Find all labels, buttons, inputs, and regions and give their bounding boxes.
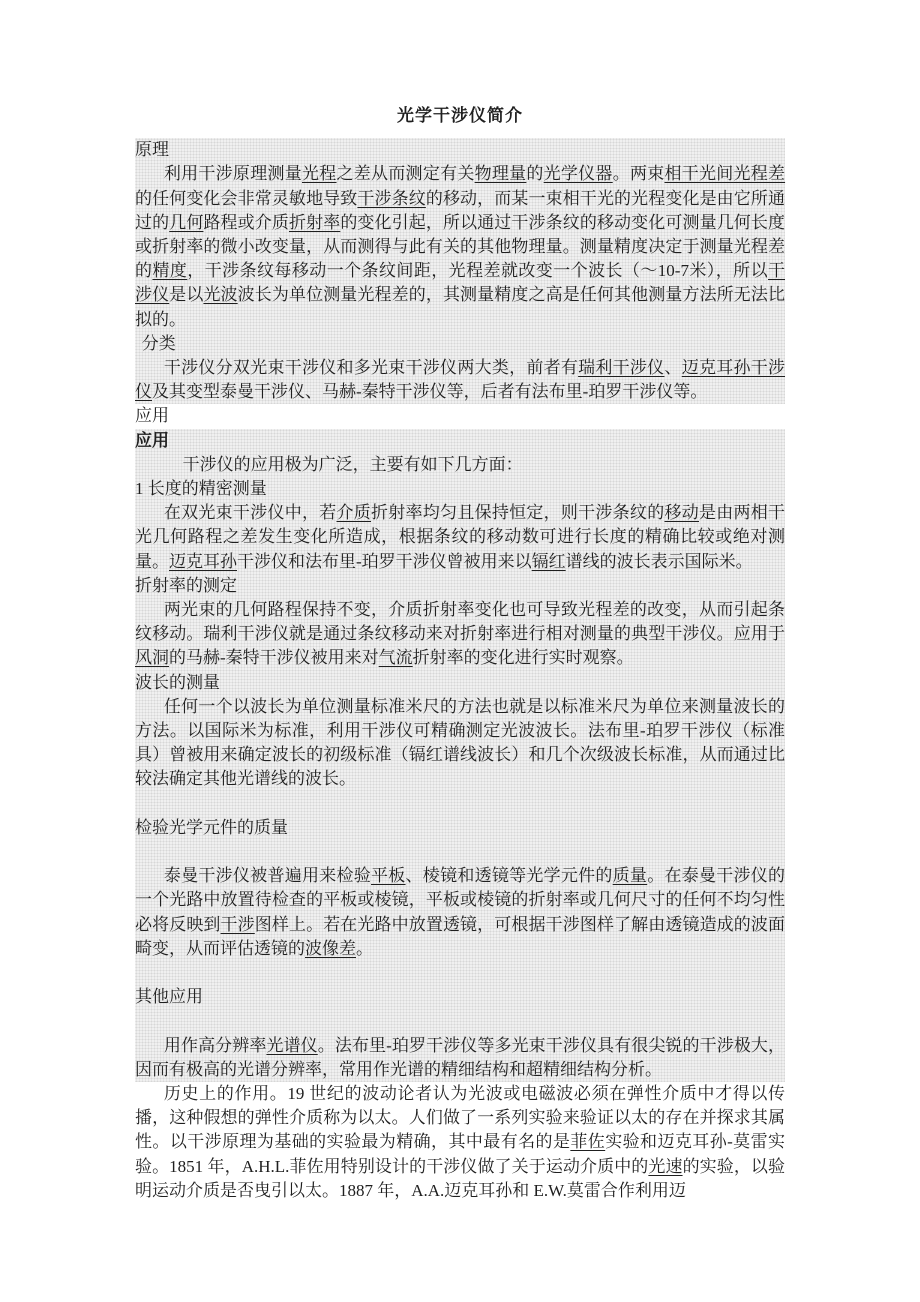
underlined-term[interactable]: 镉红 [532, 552, 566, 571]
text-run: 路程或介质 [203, 213, 289, 232]
heading-other-applications: 其他应用 [135, 985, 785, 1009]
underlined-term[interactable]: 介质 [337, 503, 372, 522]
text-run: 在双光束干涉仪中，若 [164, 503, 337, 522]
underlined-term[interactable]: 精度 [152, 261, 187, 280]
blank-line [135, 961, 785, 985]
underlined-term[interactable]: 相干光间 [664, 164, 733, 183]
text-run: 的任何变化会非常灵敏地导致 [135, 189, 357, 208]
text-run: 折射率的测定 [135, 576, 237, 595]
para-wavelength: 任何一个以波长为单位测量标准米尺的方法也就是以标准米尺为单位来测量波长的方法。以… [135, 695, 785, 792]
text-run: 的马赫-秦特干涉仪被用来对 [169, 648, 379, 667]
text-run: 、 [664, 358, 681, 377]
para-classification: 干涉仪分双光束干涉仪和多光束干涉仪两大类，前者有瑞利干涉仪、迈克耳孙干涉仪及其变… [135, 356, 785, 404]
para-other-applications: 用作高分辨率光谱仪。法布里-珀罗干涉仪等多光束干涉仪具有很尖锐的干涉极大，因而有… [135, 1034, 785, 1082]
underlined-term[interactable]: 移动 [664, 503, 699, 522]
text-run: 是以 [169, 285, 203, 304]
text-run: 应用 [135, 431, 169, 450]
text-run: 。 [356, 939, 373, 958]
heading-application-plain: 应用 [135, 404, 785, 428]
text-run: 用作高分辨率 [164, 1036, 267, 1055]
text-run: 波长的测量 [135, 673, 220, 692]
para-length-measurement: 在双光束干涉仪中，若介质折射率均匀且保持恒定，则干涉条纹的移动是由两相干光几何路… [135, 501, 785, 574]
underlined-term[interactable]: 气流 [379, 648, 413, 667]
text-run: 应用 [135, 406, 169, 425]
text-run: 干涉仪分双光束干涉仪和多光束干涉仪两大类，前者有 [164, 358, 578, 377]
section-history: 历史上的作用。19 世纪的波动论者认为光波或电磁波必须在弹性介质中才得以传播，这… [135, 1082, 785, 1203]
underlined-term[interactable]: 光学仪器 [544, 164, 613, 183]
para-refractive-index: 两光束的几何路程保持不变，介质折射率变化也可导致光程差的改变，从而引起条纹移动。… [135, 598, 785, 671]
text-run: 任何一个以波长为单位测量标准米尺的方法也就是以标准米尺为单位来测量波长的方法。以… [135, 697, 785, 789]
underlined-term[interactable]: 波像差 [305, 939, 356, 958]
para-principle: 利用干涉原理测量光程之差从而测定有关物理量的光学仪器。两束相干光间光程差的任何变… [135, 162, 785, 331]
underlined-term[interactable]: 光谱仪 [266, 1036, 317, 1055]
document-page: 光学干涉仪简介 原理利用干涉原理测量光程之差从而测定有关物理量的光学仪器。两束相… [0, 0, 920, 1302]
document-body: 光学干涉仪简介 原理利用干涉原理测量光程之差从而测定有关物理量的光学仪器。两束相… [135, 104, 785, 1203]
text-run: 干涉仪的应用极为广泛，主要有如下几方面： [183, 455, 523, 474]
underlined-term[interactable]: 风洞 [135, 648, 169, 667]
heading-application-bold: 应用 [135, 429, 785, 453]
underlined-term[interactable]: 几何 [169, 213, 203, 232]
text-run: 泰曼干涉仪被普遍用来检验 [164, 866, 371, 885]
heading-length-measurement: 1 长度的精密测量 [135, 477, 785, 501]
underlined-term[interactable]: 光速 [648, 1157, 682, 1176]
label-application: 应用 [135, 404, 785, 428]
underlined-term[interactable]: 折射率 [289, 213, 340, 232]
heading-optical-quality: 检验光学元件的质量 [135, 816, 785, 840]
text-run: 1 长度的精密测量 [135, 479, 267, 498]
blank-line [135, 792, 785, 816]
underlined-term[interactable]: 光程差 [734, 164, 786, 183]
document-title: 光学干涉仪简介 [135, 104, 785, 128]
underlined-term[interactable]: 光波 [203, 285, 237, 304]
heading-wavelength: 波长的测量 [135, 671, 785, 695]
underlined-term[interactable]: 物理量 [475, 164, 527, 183]
para-optical-quality: 泰曼干涉仪被普遍用来检验平板、棱镜和透镜等光学元件的质量。在泰曼干涉仪的一个光路… [135, 864, 785, 961]
underlined-term[interactable]: 干涉条纹 [357, 189, 425, 208]
text-run: ，干涉条纹每移动一个条纹间距，光程差就改变一个波长（～10-7米），所以 [187, 261, 768, 280]
text-run: 折射率均匀且保持恒定，则干涉条纹的 [371, 503, 664, 522]
section-application: 应用干涉仪的应用极为广泛，主要有如下几方面：1 长度的精密测量在双光束干涉仪中，… [135, 429, 785, 1082]
text-run: 及其变型泰曼干涉仪、马赫-秦特干涉仪等，后者有法布里-珀罗干涉仪等。 [152, 382, 707, 401]
underlined-term[interactable]: 平板 [371, 866, 406, 885]
blank-line [135, 840, 785, 864]
para-application-intro: 干涉仪的应用极为广泛，主要有如下几方面： [135, 453, 785, 477]
text-run: 利用干涉原理测量 [164, 164, 302, 183]
underlined-term[interactable]: 光程 [302, 164, 337, 183]
para-history: 历史上的作用。19 世纪的波动论者认为光波或电磁波必须在弹性介质中才得以传播，这… [135, 1082, 785, 1203]
text-run: 、棱镜和透镜等光学元件的 [406, 866, 613, 885]
underlined-term[interactable]: 质量 [613, 866, 648, 885]
underlined-term[interactable]: 干涉 [221, 915, 255, 934]
text-run: 两光束的几何路程保持不变，介质折射率变化也可导致光程差的改变，从而引起条纹移动。… [135, 600, 785, 643]
text-run: 之差从而测定有关 [337, 164, 475, 183]
text-run: 折射率的变化进行实时观察。 [413, 648, 634, 667]
blank-line [135, 1009, 785, 1033]
text-run: 原理 [135, 140, 169, 159]
text-run: 其他应用 [135, 987, 203, 1006]
text-run: 。两束 [613, 164, 665, 183]
underlined-term[interactable]: 菲佐 [570, 1132, 605, 1151]
section-principle: 原理利用干涉原理测量光程之差从而测定有关物理量的光学仪器。两束相干光间光程差的任… [135, 138, 785, 404]
text-run: 分类 [142, 334, 176, 353]
heading-refractive-index: 折射率的测定 [135, 574, 785, 598]
underlined-term[interactable]: 迈克耳孙 [169, 552, 237, 571]
text-run: 检验光学元件的质量 [135, 818, 288, 837]
underlined-term[interactable]: 瑞利干涉仪 [578, 358, 664, 377]
heading-principle: 原理 [135, 138, 785, 162]
text-run: 干涉仪和法布里-珀罗干涉仪曾被用来以 [237, 552, 532, 571]
text-run: 谱线的波长表示国际米。 [566, 552, 753, 571]
text-run: 的 [526, 164, 543, 183]
heading-classification: 分类 [135, 332, 785, 356]
